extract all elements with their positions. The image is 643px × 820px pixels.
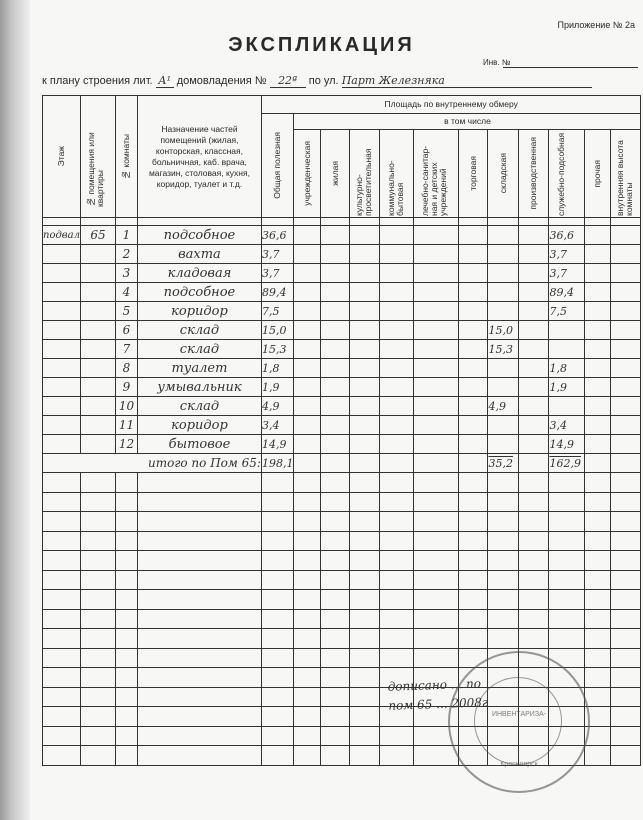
premises-cell: [80, 321, 115, 340]
table-row: 8 туалет 1,8 1,8: [43, 359, 641, 378]
premises-cell: [80, 416, 115, 435]
warehouse-area-sum: 35,2: [488, 454, 519, 473]
header-col-cultural: культурно-просветительная: [350, 130, 380, 218]
service-area-cell: 3,7: [549, 245, 585, 264]
total-area-cell: 1,8: [261, 359, 294, 378]
empty-row: [43, 473, 641, 493]
total-area-cell: 7,5: [261, 302, 294, 321]
header-col-other: прочая: [585, 130, 611, 218]
service-area-cell: [549, 321, 585, 340]
header-area-group: Площадь по внутреннему обмеру: [261, 96, 641, 114]
header-including: в том числе: [294, 114, 641, 130]
warehouse-area-cell: 15,3: [488, 340, 519, 359]
service-area-cell: 36,6: [549, 226, 585, 245]
premises-cell: [80, 302, 115, 321]
plan-prefix: к плану строения: [42, 75, 130, 87]
scan-shadow: [0, 0, 30, 820]
purpose-cell: кладовая: [137, 264, 261, 283]
room-cell: 1: [115, 226, 137, 245]
empty-row: [43, 512, 641, 532]
header-total-useful: Общая полезная: [261, 114, 294, 218]
premises-cell: [80, 435, 115, 454]
empty-row: [43, 531, 641, 551]
floor-cell: [43, 359, 81, 378]
header-floor: Этаж: [43, 96, 81, 218]
premises-cell: 65: [80, 226, 115, 245]
organization-stamp: ИНВЕНТАРИЗА- Красноярск: [448, 651, 590, 793]
warehouse-area-cell: [488, 283, 519, 302]
room-cell: 8: [115, 359, 137, 378]
warehouse-area-cell: 4,9: [488, 397, 519, 416]
handwritten-note: дописано ... по пом 65 ... 2008г: [387, 674, 488, 715]
stamp-city-text: Красноярск: [450, 761, 588, 768]
total-area-cell: 3,4: [261, 416, 294, 435]
warehouse-area-cell: [488, 226, 519, 245]
purpose-cell: коридор: [137, 416, 261, 435]
table-row: 7 склад 15,3 15,3: [43, 340, 641, 359]
purpose-cell: туалет: [137, 359, 261, 378]
household-value: 22ª: [270, 74, 306, 88]
room-cell: 9: [115, 378, 137, 397]
empty-row: [43, 570, 641, 590]
street-label: по ул.: [309, 75, 339, 87]
purpose-cell: склад: [137, 340, 261, 359]
header-col-institutional: учрежденческая: [294, 130, 321, 218]
header-room-no: № комнаты: [115, 96, 137, 218]
empty-row: [43, 492, 641, 512]
header-premises-no: № помещения или квартиры: [80, 96, 115, 218]
premises-cell: [80, 283, 115, 302]
total-area-cell: 4,9: [261, 397, 294, 416]
table-row: 9 умывальник 1,9 1,9: [43, 378, 641, 397]
total-area-sum: 198,1: [261, 454, 294, 473]
table-row: 10 склад 4,9 4,9: [43, 397, 641, 416]
service-area-cell: [549, 340, 585, 359]
room-cell: 4: [115, 283, 137, 302]
purpose-cell: коридор: [137, 302, 261, 321]
total-area-cell: 14,9: [261, 435, 294, 454]
inventory-label: Инв. №: [483, 58, 510, 67]
header-col-production: производственная: [519, 130, 549, 218]
premises-cell: [80, 359, 115, 378]
household-label: домовладения №: [177, 75, 267, 87]
service-area-cell: [549, 397, 585, 416]
header-purpose: Назначение частей помещений (жилая, конт…: [137, 96, 261, 218]
table-row: 5 коридор 7,5 7,5: [43, 302, 641, 321]
floor-cell: [43, 397, 81, 416]
service-area-cell: 14,9: [549, 435, 585, 454]
floor-cell: [43, 340, 81, 359]
premises-cell: [80, 340, 115, 359]
table-row: 4 подсобное 89,4 89,4: [43, 283, 641, 302]
header-col-height: внутренняя высота комнаты: [611, 130, 641, 218]
warehouse-area-cell: [488, 435, 519, 454]
warehouse-area-cell: [488, 359, 519, 378]
header-col-service: служебно-подсобная: [549, 130, 585, 218]
service-area-cell: 89,4: [549, 283, 585, 302]
inventory-field: [503, 67, 638, 68]
warehouse-area-cell: 15,0: [488, 321, 519, 340]
warehouse-area-cell: [488, 302, 519, 321]
document-title: ЭКСПЛИКАЦИЯ: [0, 34, 643, 57]
room-cell: 6: [115, 321, 137, 340]
note-line-2: пом 65 ... 2008г: [388, 693, 488, 715]
service-area-cell: 3,4: [549, 416, 585, 435]
floor-cell: [43, 245, 81, 264]
lit-label: лит.: [133, 75, 152, 87]
floor-cell: [43, 378, 81, 397]
total-area-cell: 3,7: [261, 245, 294, 264]
purpose-cell: склад: [137, 321, 261, 340]
column-number-row: [43, 218, 641, 226]
warehouse-area-cell: [488, 245, 519, 264]
street-value: Парт Железняка: [342, 74, 592, 88]
floor-cell: подвал: [43, 226, 81, 245]
room-cell: 12: [115, 435, 137, 454]
lit-value: А¹: [156, 74, 174, 88]
room-cell: 2: [115, 245, 137, 264]
purpose-cell: бытовое: [137, 435, 261, 454]
purpose-cell: склад: [137, 397, 261, 416]
table-row: 12 бытовое 14,9 14,9: [43, 435, 641, 454]
table-row: 2 вахта 3,7 3,7: [43, 245, 641, 264]
header-col-communal: коммунально-бытовая: [380, 130, 414, 218]
total-area-cell: 36,6: [261, 226, 294, 245]
table-row: 3 кладовая 3,7 3,7: [43, 264, 641, 283]
room-cell: 3: [115, 264, 137, 283]
header-col-warehouse: складская: [488, 130, 519, 218]
room-cell: 10: [115, 397, 137, 416]
empty-row: [43, 629, 641, 649]
purpose-cell: подсобное: [137, 226, 261, 245]
room-cell: 5: [115, 302, 137, 321]
table-row: подвал 65 1 подсобное 36,6 36,6: [43, 226, 641, 245]
warehouse-area-cell: [488, 416, 519, 435]
floor-cell: [43, 321, 81, 340]
total-area-cell: 15,3: [261, 340, 294, 359]
premises-cell: [80, 264, 115, 283]
purpose-cell: подсобное: [137, 283, 261, 302]
floor-cell: [43, 302, 81, 321]
premises-cell: [80, 397, 115, 416]
floor-cell: [43, 264, 81, 283]
premises-cell: [80, 245, 115, 264]
purpose-cell: вахта: [137, 245, 261, 264]
floor-cell: [43, 283, 81, 302]
total-area-cell: 15,0: [261, 321, 294, 340]
total-area-cell: 3,7: [261, 264, 294, 283]
service-area-cell: 3,7: [549, 264, 585, 283]
empty-row: [43, 590, 641, 610]
service-area-cell: 1,8: [549, 359, 585, 378]
table-row: 6 склад 15,0 15,0: [43, 321, 641, 340]
service-area-cell: 1,9: [549, 378, 585, 397]
header-col-medical: лечебно-санитар-ная и детских учреждений: [414, 130, 459, 218]
room-cell: 7: [115, 340, 137, 359]
total-area-cell: 1,9: [261, 378, 294, 397]
premises-cell: [80, 378, 115, 397]
total-label: итого по Пом 65:: [43, 454, 262, 473]
empty-row: [43, 609, 641, 629]
purpose-cell: умывальник: [137, 378, 261, 397]
header-col-trade: торговая: [459, 130, 488, 218]
empty-row: [43, 551, 641, 571]
total-row: итого по Пом 65:198,135,2162,9: [43, 454, 641, 473]
header-col-residential: жилая: [321, 130, 350, 218]
plan-reference-line: к плану строения лит. А¹ домовладения № …: [42, 74, 592, 88]
warehouse-area-cell: [488, 378, 519, 397]
floor-cell: [43, 435, 81, 454]
warehouse-area-cell: [488, 264, 519, 283]
total-area-cell: 89,4: [261, 283, 294, 302]
service-area-sum: 162,9: [549, 454, 585, 473]
floor-cell: [43, 416, 81, 435]
table-row: 11 коридор 3,4 3,4: [43, 416, 641, 435]
service-area-cell: 7,5: [549, 302, 585, 321]
annex-label: Приложение № 2а: [558, 20, 635, 30]
room-cell: 11: [115, 416, 137, 435]
